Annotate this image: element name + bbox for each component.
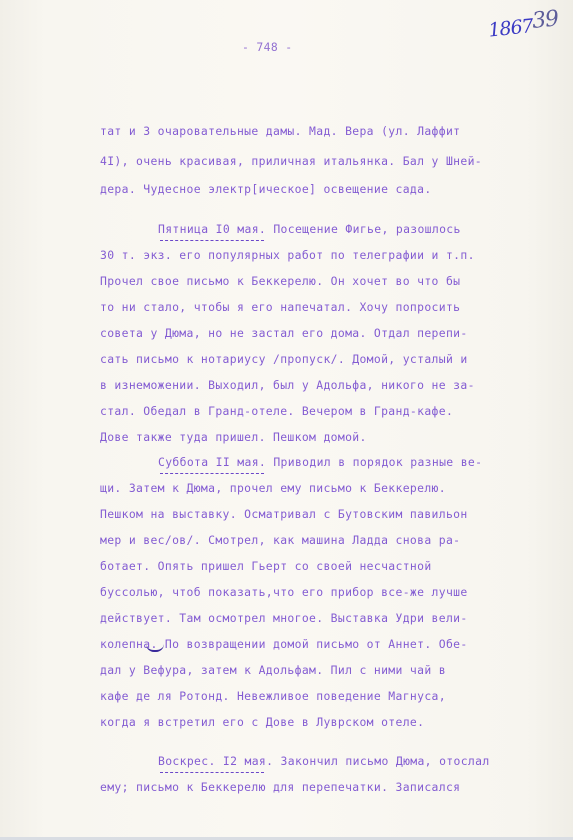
text-line: то ни стало, чтобы я его напечатал. Хочу… xyxy=(100,300,460,314)
archive-number-main: 1867 xyxy=(487,15,533,42)
text-line: сать письмо к нотариусу /пропуск/. Домой… xyxy=(100,352,468,366)
text-line: совета у Дюма, но не застал его дома. От… xyxy=(100,326,468,340)
text-line: когда я встретил его с Дове в Луврском о… xyxy=(100,715,424,729)
text-line: Пешком на выставку. Осматривал с Бутовск… xyxy=(100,507,468,521)
text-line: дал у Вефура, затем к Адольфам. Пил с ни… xyxy=(100,663,446,677)
text-line: 4I), очень красивая, приличная итальянка… xyxy=(100,154,482,168)
document-page: - 748 - 186739 тат и 3 очаровательные да… xyxy=(0,0,573,840)
text-line: Прочел свое письмо к Беккерелю. Он хочет… xyxy=(100,274,460,288)
text-line: мер и вес/ов/. Смотрел, как машина Ладда… xyxy=(100,533,460,547)
date-underline xyxy=(160,240,264,241)
text-line-date-heading: Суббота II мая. Приводил в порядок разны… xyxy=(158,455,482,469)
text-line: ботает. Опять пришел Гьерт со своей несч… xyxy=(100,559,432,573)
archive-number-superscript: 39 xyxy=(531,6,559,34)
text-line: буссолью, чтоб показать,что его прибор в… xyxy=(100,585,468,599)
date-underline xyxy=(160,473,264,474)
text-line: кафе де ля Ротонд. Невежливое поведение … xyxy=(100,689,446,703)
text-line: 30 т. экз. его популярных работ по телег… xyxy=(100,248,475,262)
text-line-date-heading: Воскрес. I2 мая. Закончил письмо Дюма, о… xyxy=(158,754,490,768)
text-line: стал. Обедал в Гранд-отеле. Вечером в Гр… xyxy=(100,404,453,418)
text-line-date-heading: Пятница I0 мая. Посещение Фигье, разошло… xyxy=(158,222,461,236)
archive-number-handwritten: 186739 xyxy=(487,6,560,41)
text-line: щи. Затем к Дюма, прочел ему письмо к Бе… xyxy=(100,481,446,495)
text-line: действует. Там осмотрел многое. Выставка… xyxy=(100,611,468,625)
date-underline xyxy=(160,772,264,773)
text-line: тат и 3 очаровательные дамы. Мад. Вера (… xyxy=(100,124,460,138)
page-number: - 748 - xyxy=(242,40,292,54)
text-line: Дове также туда пришел. Пешком домой. xyxy=(100,430,367,444)
text-line: дера. Чудесное электр[ическое] освещение… xyxy=(100,182,432,196)
text-line: в изнеможении. Выходил, был у Адольфа, н… xyxy=(100,378,475,392)
text-line: ему; письмо к Беккерелю для перепечатки.… xyxy=(100,780,460,794)
